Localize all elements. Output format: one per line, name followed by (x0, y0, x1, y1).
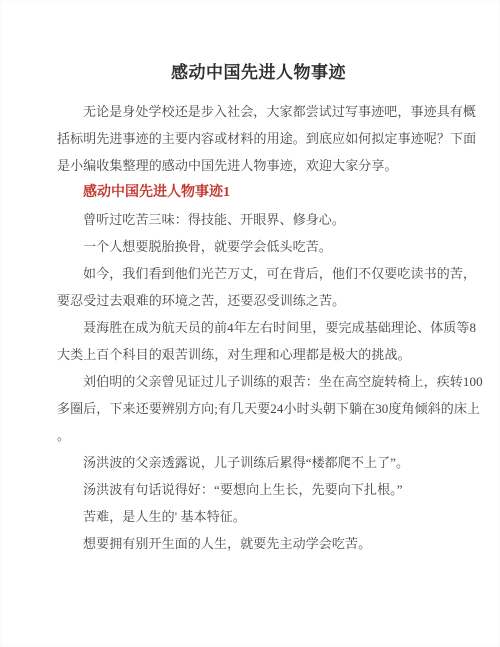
paragraph-8: 苦难，是人生的' 基本特征。 (57, 503, 460, 530)
paragraph-6: 汤洪波的父亲透露说，儿子训练后累得“楼都爬不上了”。 (57, 449, 460, 476)
paragraph-5: 刘伯明的父亲曾见证过儿子训练的艰苦：坐在高空旋转椅上，疾转100 多圈后，下来还… (57, 368, 460, 449)
paragraph-9: 想要拥有别开生面的人生，就要先主动学会吃苦。 (57, 530, 460, 557)
paragraph-4: 聂海胜在成为航天员的前4年左右时间里，要完成基础理论、体质等8 大类上百个科目的… (57, 314, 460, 368)
paragraph-3: 如今，我们看到他们光芒万丈，可在背后，他们不仅要吃读书的苦， 要忍受过去艰难的环… (57, 260, 460, 314)
section-heading: 感动中国先进人物事迹1 (57, 179, 460, 206)
paragraph-7: 汤洪波有句话说得好：“要想向上生长，先要向下扎根。” (57, 476, 460, 503)
document-title: 感动中国先进人物事迹 (57, 59, 460, 87)
paragraph-2: 一个人想要脱胎换骨，就要学会低头吃苦。 (57, 233, 460, 260)
document-content: 感动中国先进人物事迹 无论是身处学校还是步入社会，大家都尝试过写事迹吧，事迹具有… (0, 0, 500, 557)
intro-paragraph: 无论是身处学校还是步入社会，大家都尝试过写事迹吧，事迹具有概 括标明先进事迹的主… (57, 98, 460, 179)
paragraph-1: 曾听过吃苦三味：得技能、开眼界、修身心。 (57, 206, 460, 233)
document-page: 感动中国先进人物事迹 无论是身处学校还是步入社会，大家都尝试过写事迹吧，事迹具有… (0, 0, 500, 647)
